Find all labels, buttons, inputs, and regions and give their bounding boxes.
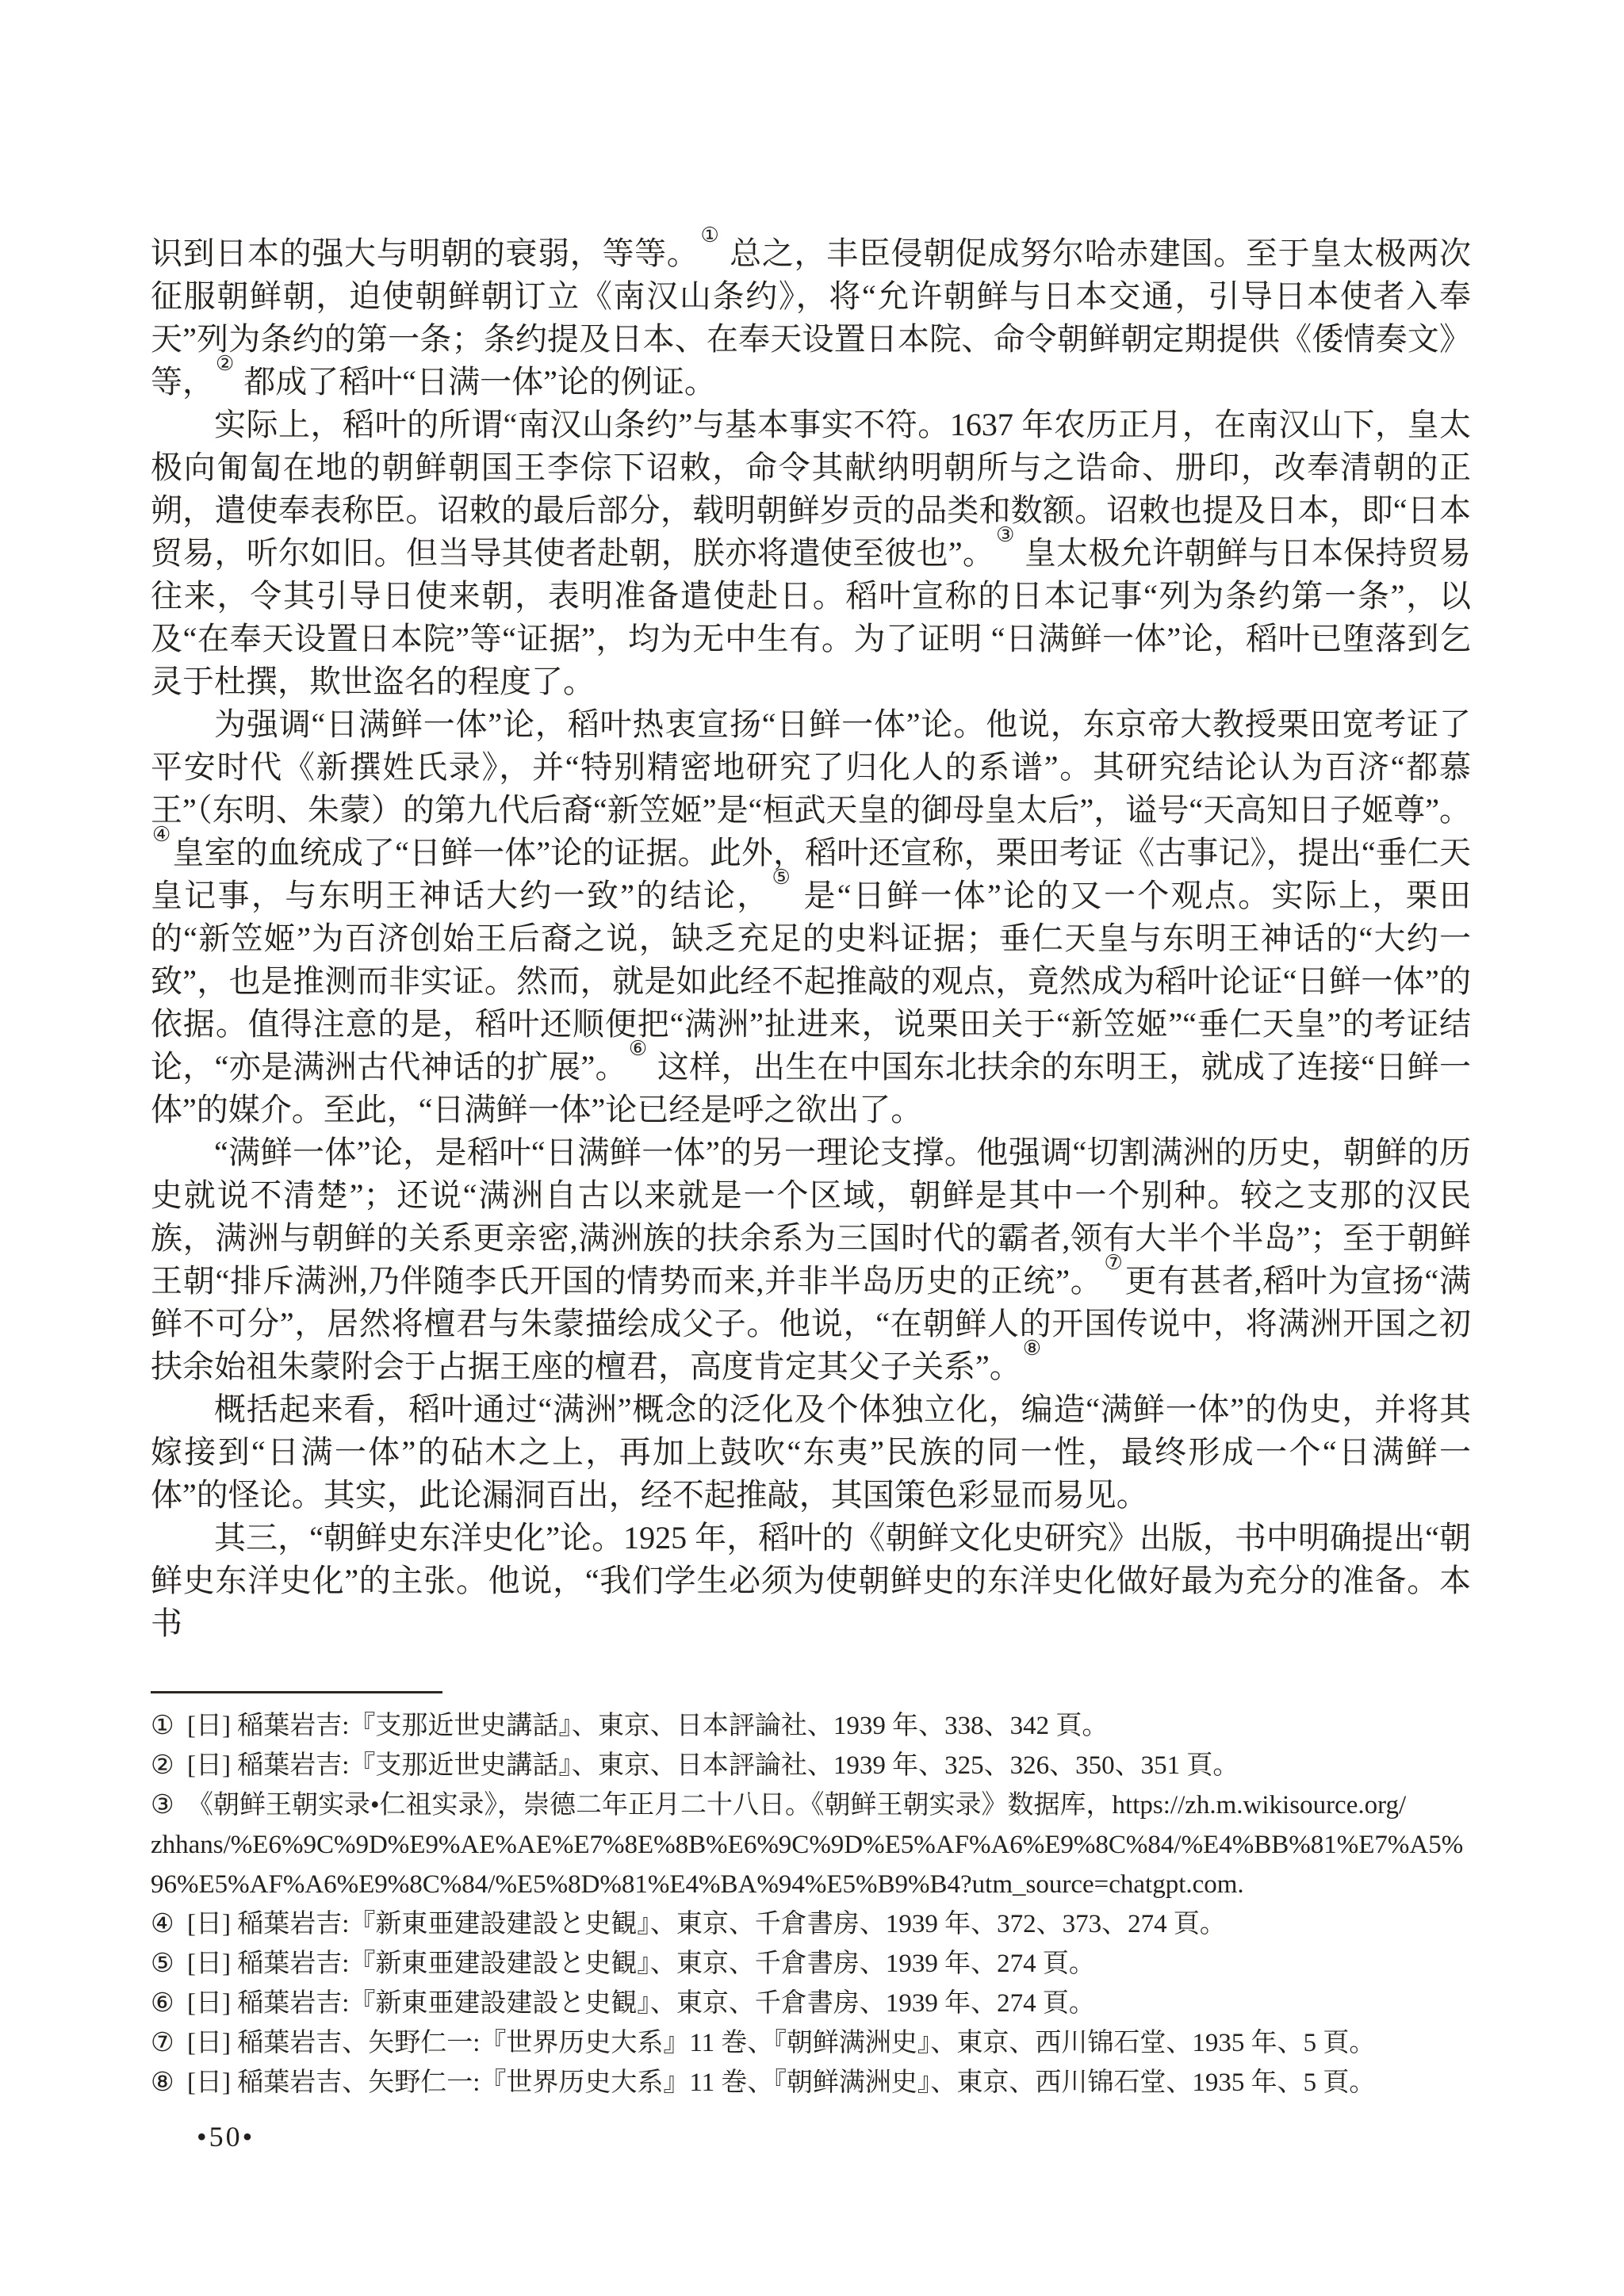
footnote-text: [日] 稲葉岩吉:『新東亜建設建設と史観』、東京、千倉書房、1939 年、372… — [187, 1910, 1226, 1938]
footnote-number: ② — [151, 1746, 187, 1785]
footnotes-section: ①[日] 稲葉岩吉:『支那近世史講話』、東京、日本評論社、1939 年、338、… — [151, 1706, 1530, 2103]
footnote-text: 96%E5%AF%A6%E9%8C%84/%E5%8D%81%E4%BA%94%… — [151, 1870, 1244, 1899]
footnote-ref: ⑦ — [1103, 1251, 1125, 1274]
footnote-text: zhhans/%E6%9C%9D%E9%AE%AE%E7%8E%8B%E6%9C… — [151, 1831, 1463, 1859]
document-page: 识到日本的强大与明朝的衰弱，等等。① 总之，丰臣侵朝促成努尔哈赤建国。至于皇太极… — [0, 0, 1624, 2296]
footnote-ref: ④ — [151, 823, 172, 846]
footnote-number: ⑥ — [151, 1984, 187, 2023]
footnote: ④[日] 稲葉岩吉:『新東亜建設建設と史観』、東京、千倉書房、1939 年、37… — [151, 1904, 1530, 1944]
footnote: ⑤[日] 稲葉岩吉:『新東亜建設建設と史観』、東京、千倉書房、1939 年、27… — [151, 1944, 1530, 1984]
footnote-text: [日] 稲葉岩吉、矢野仁一:『世界历史大系』11 巻、『朝鲜满洲史』、東京、西川… — [187, 2029, 1375, 2057]
footnote: ①[日] 稲葉岩吉:『支那近世史講話』、東京、日本評論社、1939 年、338、… — [151, 1706, 1530, 1746]
footnote: ⑥[日] 稲葉岩吉:『新東亜建設建設と史観』、東京、千倉書房、1939 年、27… — [151, 1984, 1530, 2023]
footnote-text: 《朝鲜王朝实录•仁祖实录》，崇德二年正月二十八日。《朝鲜王朝实录》数据库，htt… — [187, 1791, 1406, 1820]
footnote-number: ③ — [151, 1785, 187, 1825]
paragraph: 其三，“朝鲜史东洋史化”论。1925 年，稻叶的《朝鲜文化史研究》出版，书中明确… — [151, 1517, 1471, 1645]
footnote-ref: ⑤ — [771, 866, 795, 889]
paragraph: 识到日本的强大与明朝的衰弱，等等。① 总之，丰臣侵朝促成努尔哈赤建国。至于皇太极… — [151, 232, 1471, 404]
paragraph: 概括起来看，稻叶通过“满洲”概念的泛化及个体独立化，编造“满鲜一体”的伪史，并将… — [151, 1388, 1471, 1517]
footnote: ③《朝鲜王朝实录•仁祖实录》，崇德二年正月二十八日。《朝鲜王朝实录》数据库，ht… — [151, 1785, 1530, 1825]
paragraph: 实际上，稻叶的所谓“南汉山条约”与基本事实不符。1637 年农历正月，在南汉山下… — [151, 404, 1471, 703]
footnote-number: ① — [151, 1706, 187, 1746]
footnote-text: [日] 稲葉岩吉:『支那近世史講話』、東京、日本評論社、1939 年、338、3… — [187, 1712, 1108, 1740]
footnote-text: [日] 稲葉岩吉:『支那近世史講話』、東京、日本評論社、1939 年、325、3… — [187, 1751, 1239, 1780]
footnote-text: [日] 稲葉岩吉:『新東亜建設建設と史観』、東京、千倉書房、1939 年、274… — [187, 1989, 1095, 2018]
footnote-ref: ③ — [994, 523, 1017, 546]
footnote-ref: ① — [699, 224, 721, 247]
footnote-number: ⑧ — [151, 2063, 187, 2103]
footnote-continuation-line: 96%E5%AF%A6%E9%8C%84/%E5%8D%81%E4%BA%94%… — [151, 1865, 1530, 1904]
footnote-text: [日] 稲葉岩吉:『新東亜建設建設と史観』、東京、千倉書房、1939 年、274… — [187, 1950, 1095, 1978]
footnote-text: [日] 稲葉岩吉、矢野仁一:『世界历史大系』11 巻、『朝鲜满洲史』、東京、西川… — [187, 2068, 1375, 2097]
footnote: ⑦[日] 稲葉岩吉、矢野仁一:『世界历史大系』11 巻、『朝鲜满洲史』、東京、西… — [151, 2023, 1530, 2063]
footnote-number: ⑦ — [151, 2023, 187, 2063]
footnote-ref: ② — [214, 352, 236, 375]
footnote-ref: ⑧ — [1021, 1337, 1043, 1360]
article-body: 识到日本的强大与明朝的衰弱，等等。① 总之，丰臣侵朝促成努尔哈赤建国。至于皇太极… — [151, 232, 1471, 1645]
footnote: ②[日] 稲葉岩吉:『支那近世史講話』、東京、日本評論社、1939 年、325、… — [151, 1746, 1530, 1785]
footnote: ⑧[日] 稲葉岩吉、矢野仁一:『世界历史大系』11 巻、『朝鲜满洲史』、東京、西… — [151, 2063, 1530, 2103]
footnote-number: ④ — [151, 1904, 187, 1944]
footnote-ref: ⑥ — [627, 1037, 649, 1060]
footnote-separator — [151, 1691, 442, 1693]
footnote-number: ⑤ — [151, 1944, 187, 1984]
paragraph: 为强调“日满鲜一体”论，稻叶热衷宣扬“日鲜一体”论。他说，东京帝大教授栗田宽考证… — [151, 703, 1471, 1131]
footnote-continuation-line: zhhans/%E6%9C%9D%E9%AE%AE%E7%8E%8B%E6%9C… — [151, 1825, 1530, 1865]
paragraph: “满鲜一体”论，是稻叶“日满鲜一体”的另一理论支撑。他强调“切割满洲的历史，朝鲜… — [151, 1131, 1471, 1388]
page-number: •50• — [197, 2120, 255, 2153]
